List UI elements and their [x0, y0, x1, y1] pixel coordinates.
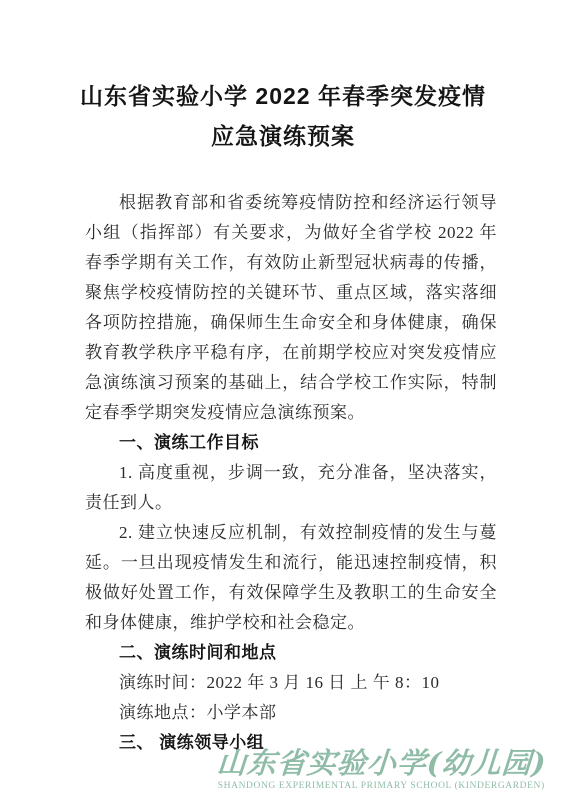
drill-location-line: 演练地点：小学本部	[85, 698, 497, 728]
section-heading-goals: 一、演练工作目标	[85, 428, 497, 458]
section-heading-time-place: 二、演练时间和地点	[85, 638, 497, 668]
document-body: 根据教育部和省委统筹疫情防控和经济运行领导小组（指挥部）有关要求，为做好全省学校…	[0, 188, 566, 758]
document-page: 山东省实验小学 2022 年春季突发疫情 应急演练预案 根据教育部和省委统筹疫情…	[0, 0, 566, 800]
school-logo-chinese: 山东省实验小学(幼儿园)	[215, 747, 547, 779]
footer-logo: 山东省实验小学(幼儿园) SHANDONG EXPERIMENTAL PRIMA…	[217, 747, 546, 792]
document-title: 山东省实验小学 2022 年春季突发疫情 应急演练预案	[0, 0, 566, 156]
goal-item-1: 1. 高度重视，步调一致，充分准备，坚决落实，责任到人。	[85, 458, 497, 518]
document-title-line1: 山东省实验小学 2022 年春季突发疫情	[0, 76, 566, 116]
document-title-line2: 应急演练预案	[0, 116, 566, 156]
drill-time-line: 演练时间：2022 年 3 月 16 日 上 午 8：10	[85, 668, 497, 698]
goal-item-2: 2. 建立快速反应机制，有效控制疫情的发生与蔓延。一旦出现疫情发生和流行，能迅速…	[85, 518, 497, 638]
school-logo-english: SHANDONG EXPERIMENTAL PRIMARY SCHOOL (KI…	[217, 781, 546, 792]
intro-paragraph: 根据教育部和省委统筹疫情防控和经济运行领导小组（指挥部）有关要求，为做好全省学校…	[85, 188, 497, 428]
